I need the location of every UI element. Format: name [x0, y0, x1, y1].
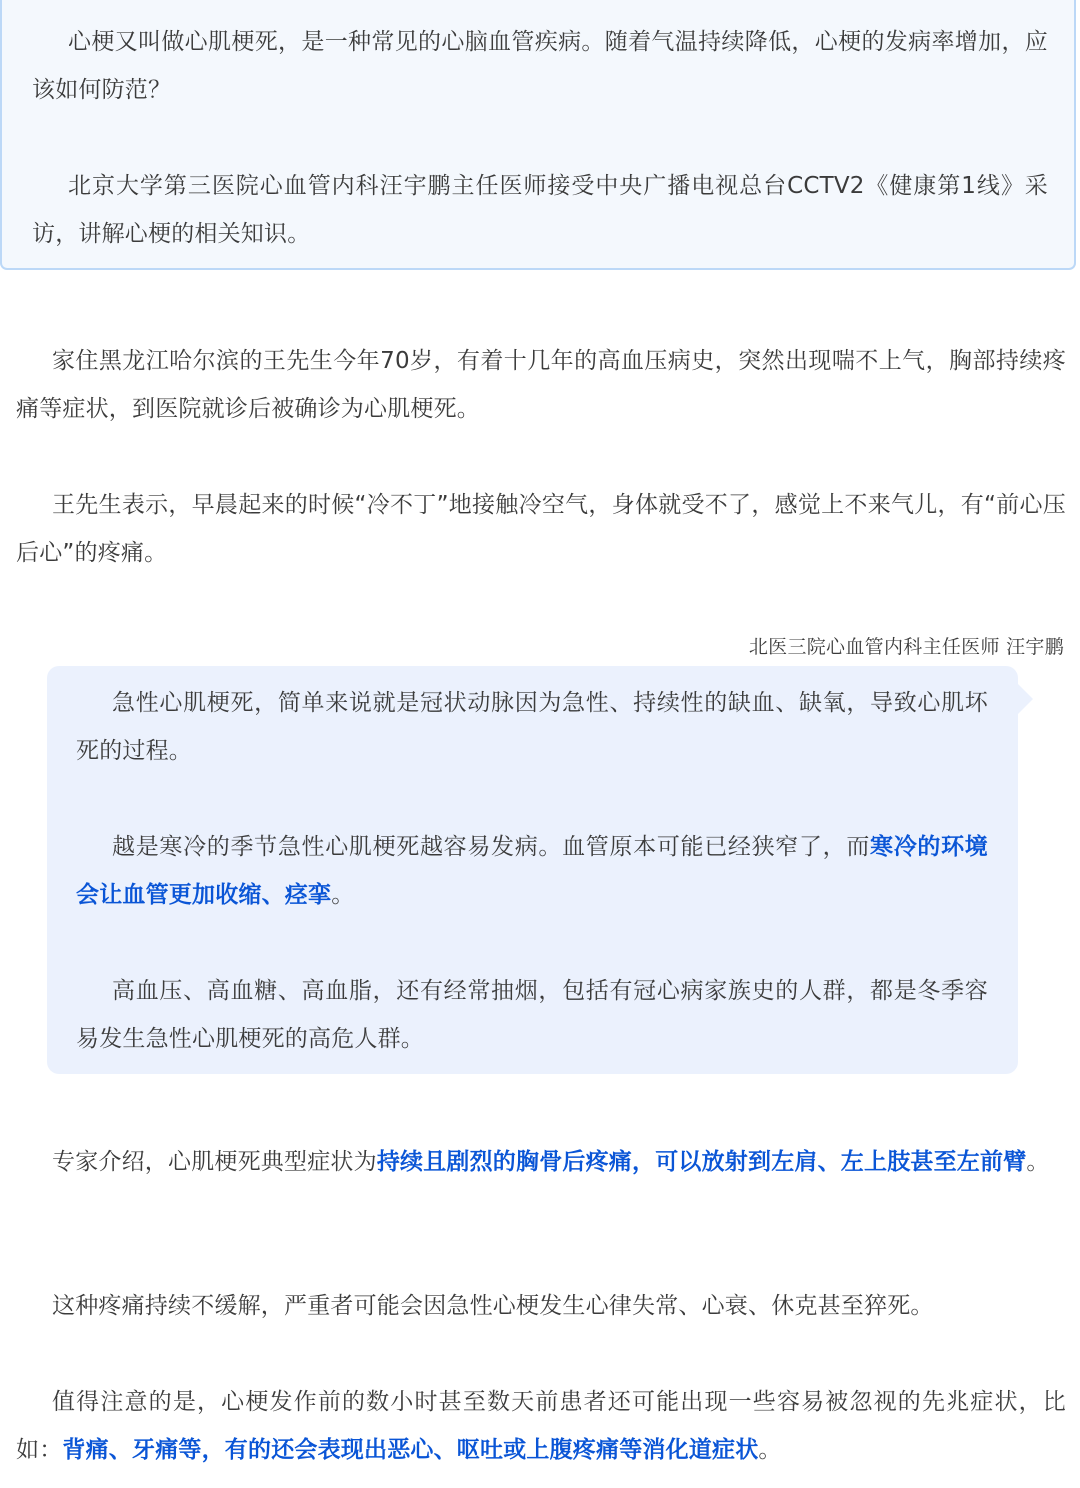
quote-paragraph-2-end: 。	[331, 882, 354, 908]
quote-paragraph-3: 高血压、高血糖、高血脂，还有经常抽烟，包括有冠心病家族史的人群，都是冬季容易发生…	[76, 967, 988, 1063]
article-paragraph-3: 专家介绍，心肌梗死典型症状为持续且剧烈的胸骨后疼痛，可以放射到左肩、左上肢甚至左…	[16, 1138, 1066, 1186]
quote-pointer	[1018, 684, 1033, 714]
quote-paragraph-1: 急性心肌梗死，简单来说就是冠状动脉因为急性、持续性的缺血、缺氧，导致心肌坏死的过…	[76, 679, 988, 775]
article-paragraph-3-end: 。	[1026, 1149, 1049, 1175]
article-paragraph-2: 王先生表示，早晨起来的时候“冷不丁”地接触冷空气，身体就受不了，感觉上不来气儿，…	[16, 481, 1066, 577]
quote-paragraph-2-text: 越是寒冷的季节急性心肌梗死越容易发病。血管原本可能已经狭窄了，而	[112, 834, 870, 860]
article-paragraph-5-end: 。	[758, 1437, 781, 1463]
image-caption: 北医三院心血管内科主任医师 汪宇鹏	[749, 632, 1064, 662]
article-paragraph-3-text: 专家介绍，心肌梗死典型症状为	[52, 1149, 377, 1175]
quote-paragraph-2: 越是寒冷的季节急性心肌梗死越容易发病。血管原本可能已经狭窄了，而寒冷的环境会让血…	[76, 823, 988, 919]
intro-paragraph-1: 心梗又叫做心肌梗死，是一种常见的心脑血管疾病。随着气温持续降低，心梗的发病率增加…	[32, 18, 1048, 114]
warning-symptoms-emphasis: 背痛、牙痛等，有的还会表现出恶心、呕吐或上腹疼痛等消化道症状	[62, 1437, 758, 1463]
intro-paragraph-2: 北京大学第三医院心血管内科汪宇鹏主任医师接受中央广播电视总台CCTV2《健康第1…	[32, 162, 1048, 258]
symptom-emphasis: 持续且剧烈的胸骨后疼痛，可以放射到左肩、左上肢甚至左前臂	[377, 1149, 1027, 1175]
article-paragraph-4: 这种疼痛持续不缓解，严重者可能会因急性心梗发生心律失常、心衰、休克甚至猝死。	[16, 1282, 1066, 1330]
article-paragraph-1: 家住黑龙江哈尔滨的王先生今年70岁，有着十几年的高血压病史，突然出现喘不上气，胸…	[16, 337, 1066, 433]
article-paragraph-5: 值得注意的是，心梗发作前的数小时甚至数天前患者还可能出现一些容易被忽视的先兆症状…	[16, 1378, 1066, 1474]
